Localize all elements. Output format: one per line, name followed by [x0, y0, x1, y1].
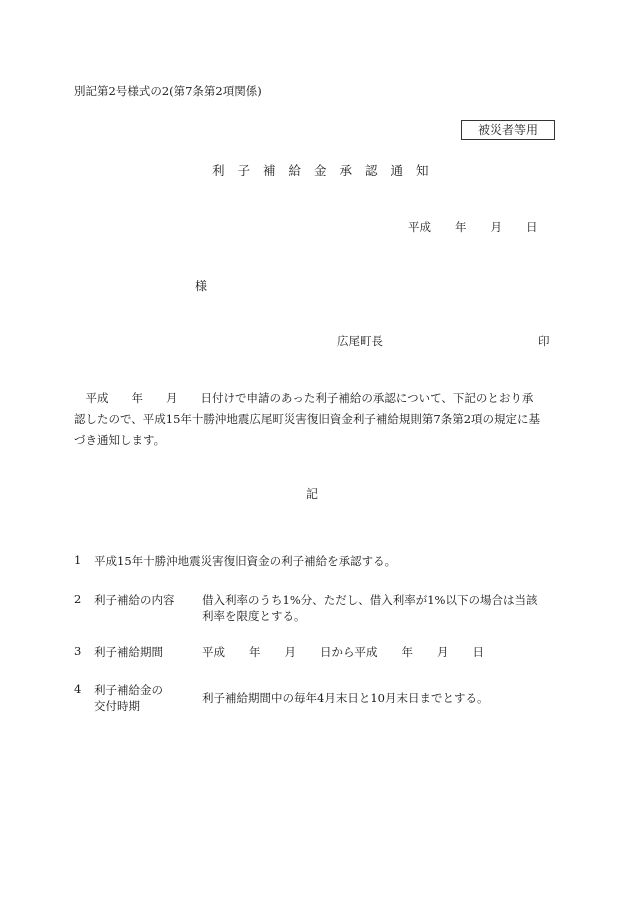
period-from: 日から平成: [320, 644, 378, 660]
item-label-line-1: 利子補給金の: [94, 682, 163, 698]
period-end-year: 年: [402, 644, 414, 660]
period-end-month: 月: [437, 644, 449, 660]
period-start-year: 年: [249, 644, 261, 660]
subsidy-period: 平成年月日から平成年月日: [202, 644, 484, 660]
period-start-era: 平成: [202, 644, 225, 660]
body-line-2: 認したので、平成15年十勝沖地震広尾町災害復旧資金利子補給規則第7条第2項の規定…: [74, 409, 556, 430]
item-content: 平成15年十勝沖地震災害復旧資金の利子補給を承認する。: [94, 553, 396, 569]
ki-heading: 記: [306, 485, 318, 502]
item-content-line-2: 利率を限度とする。: [202, 608, 538, 624]
item-content: 利子補給期間中の毎年4月末日と10月末日までとする。: [202, 690, 488, 706]
date-month-unit: 月: [491, 219, 503, 235]
issuer-name: 広尾町長: [337, 333, 383, 349]
item-content: 借入利率のうち1%分、ただし、借入利率が1%以下の場合は当該 利率を限度とする。: [202, 592, 538, 624]
period-start-month: 月: [285, 644, 297, 660]
issue-date: 平成年月日: [408, 219, 538, 235]
item-label: 利子補給金の 交付時期: [94, 682, 163, 714]
item-number: 4: [74, 682, 81, 696]
item-number: 3: [74, 644, 81, 658]
body-paragraph: 平成 年 月 日付けで申請のあった利子補給の承認について、下記のとおり承 認した…: [74, 388, 556, 451]
date-era: 平成: [408, 219, 431, 235]
seal-mark: 印: [538, 333, 550, 349]
recipient-type-badge: 被災者等用: [461, 120, 555, 140]
item-number: 1: [74, 553, 81, 567]
body-line-3: づき通知します。: [74, 430, 556, 451]
form-reference: 別記第2号様式の2(第7条第2項関係): [74, 83, 262, 99]
item-number: 2: [74, 592, 81, 606]
item-label: 利子補給期間: [94, 644, 163, 660]
document-title: 利子補給金承認通知: [212, 161, 442, 179]
date-year-unit: 年: [455, 219, 467, 235]
period-end-day: 日: [473, 644, 485, 660]
date-day-unit: 日: [526, 219, 538, 235]
body-line-1: 平成 年 月 日付けで申請のあった利子補給の承認について、下記のとおり承: [74, 388, 556, 409]
item-label: 利子補給の内容: [94, 592, 175, 608]
item-content-line-1: 借入利率のうち1%分、ただし、借入利率が1%以下の場合は当該: [202, 592, 538, 608]
addressee-suffix: 様: [195, 277, 207, 294]
item-label-line-2: 交付時期: [94, 698, 163, 714]
